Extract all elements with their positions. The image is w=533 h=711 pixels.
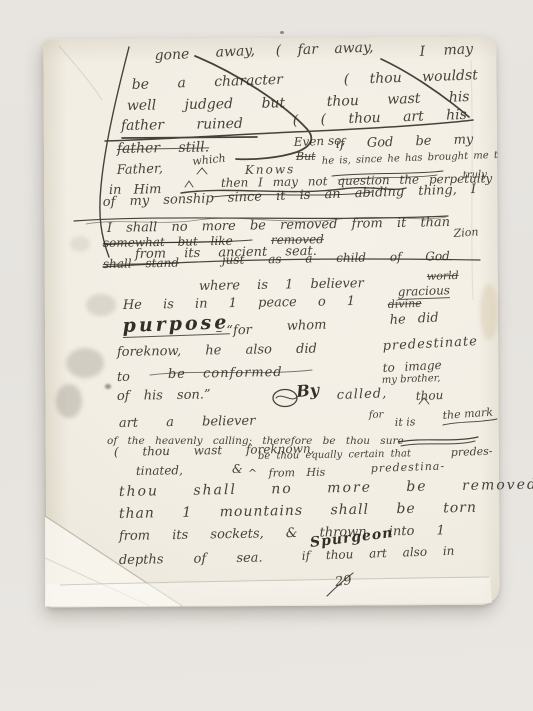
handwriting-fragment: called,	[337, 387, 388, 402]
handwriting-fragment: depths of sea.	[119, 551, 263, 567]
handwriting-fragment: world	[427, 270, 459, 282]
handwriting-fragment: I may	[419, 42, 473, 59]
handwriting-fragment: predestina-	[371, 460, 446, 474]
handwriting-fragment: gone away,	[154, 44, 255, 63]
handwriting-fragment: whom	[287, 319, 327, 333]
handwriting-fragment: predes-	[451, 446, 493, 458]
handwriting-layer: 29 gone away,( far away,I maybe a charac…	[0, 0, 533, 711]
handwriting-fragment: tinated,	[136, 464, 183, 477]
handwriting-fragment: well judged but	[127, 96, 285, 113]
handwriting-fragment: it is	[395, 416, 416, 428]
handwriting-fragment: if God be my	[336, 133, 474, 151]
handwriting-fragment: to image	[382, 359, 442, 374]
handwriting-fragment: He is in 1 peace o 1	[123, 295, 355, 312]
handwriting-fragment: thou wast his	[327, 90, 470, 109]
handwriting-fragment: shall stand	[103, 257, 179, 270]
handwriting-fragment: ( thou wouldst	[344, 68, 479, 87]
handwriting-fragment: if thou art also in	[302, 545, 455, 562]
handwriting-fragment: Father,	[117, 162, 164, 177]
photo-scene: 29 gone away,( far away,I maybe a charac…	[0, 0, 533, 711]
handwriting-fragment: he is, since he has brought me t	[322, 151, 498, 167]
handwriting-fragment: By	[296, 382, 320, 400]
handwriting-fragment: – “for	[216, 324, 253, 338]
handwriting-fragment: &	[232, 463, 243, 475]
handwriting-fragment: of his son.”	[117, 388, 211, 403]
handwriting-fragment: the mark	[442, 407, 493, 421]
handwriting-fragment: he did	[389, 311, 439, 327]
handwriting-fragment: thou shall no more be removed	[119, 478, 533, 499]
handwriting-fragment: to	[117, 371, 130, 384]
handwriting-fragment: just as a child of God	[222, 250, 450, 266]
handwriting-fragment: where is 1 believer	[199, 277, 364, 293]
handwriting-fragment: ( far away,	[276, 41, 374, 58]
handwriting-fragment: foreknow, he also did	[117, 343, 317, 359]
handwriting-fragment: than 1 mountains shall be torn	[119, 501, 477, 521]
page-number: 29	[334, 574, 352, 589]
handwriting-fragment: be thou equally certain that	[258, 449, 411, 462]
handwriting-fragment: ( ( thou art his	[293, 108, 468, 128]
handwriting-fragment: from its sockets, & thrown into 1	[119, 524, 445, 543]
handwriting-fragment: Zion	[453, 226, 479, 239]
handwriting-fragment: divine	[388, 298, 422, 310]
handwriting-fragment: my brother,	[382, 374, 441, 386]
handwriting-fragment: for	[369, 410, 384, 421]
handwriting-fragment: But	[296, 151, 316, 162]
handwriting-fragment: father ruined	[121, 117, 243, 133]
handwriting-fragment: be a character	[132, 73, 284, 92]
handwriting-fragment: predestinate	[382, 335, 478, 353]
handwriting-fragment: be conformed	[168, 366, 283, 381]
handwriting-fragment: which	[192, 153, 226, 167]
handwriting-fragment: ^ from His	[248, 467, 326, 479]
handwriting-fragment: purpose	[122, 313, 230, 338]
handwriting-fragment: art a believer	[119, 415, 256, 430]
handwriting-fragment: thou	[416, 389, 444, 402]
